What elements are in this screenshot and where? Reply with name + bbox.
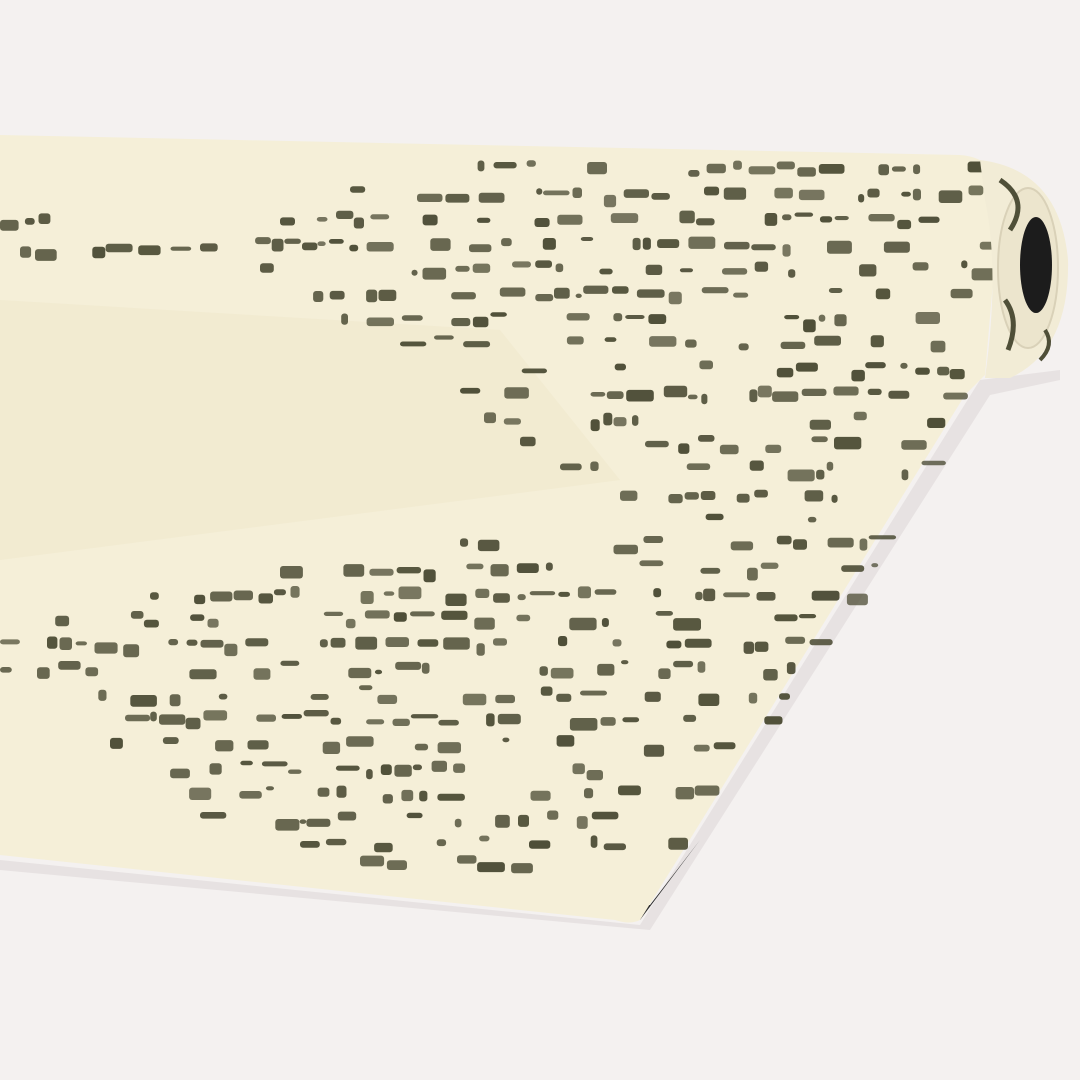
product-photo xyxy=(0,0,1080,1080)
roll-backing-core xyxy=(1020,217,1052,313)
rug-image xyxy=(0,0,1080,1080)
